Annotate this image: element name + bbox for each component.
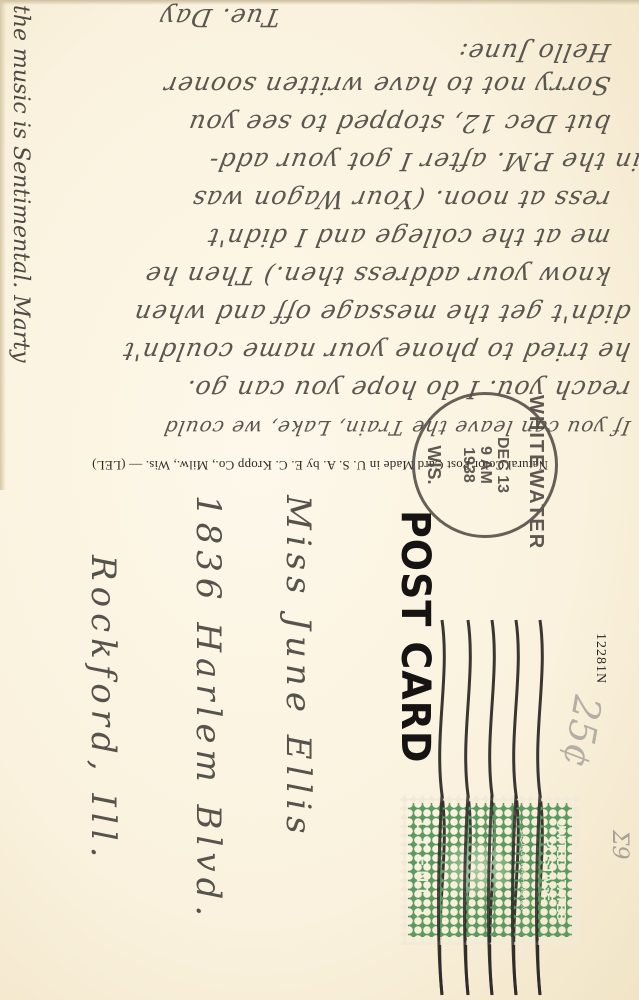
message-line: in the P.M. after I got your add- xyxy=(206,147,639,176)
postmark-month-day: DEC 13 xyxy=(494,395,511,535)
message-line: If you can leave the Train, Lake, we cou… xyxy=(161,416,632,440)
margin-note: the music is Sentimental. Marty xyxy=(5,5,33,480)
recipient-address: Miss June Ellis 1836 Harlem Blvd. Rockfo… xyxy=(38,495,318,955)
pencil-mark: Ʃ9 xyxy=(607,830,632,860)
postmark-year: 1938 xyxy=(460,395,477,535)
address-city: Rockford, Ill. xyxy=(83,555,123,863)
postmark-city: WHITEWATER xyxy=(524,395,547,535)
address-street: 1836 Harlem Blvd. xyxy=(188,495,228,922)
message-line: but Dec 12, stopped to see you xyxy=(185,109,612,138)
handwritten-message: Tue. Day Hello June: Sorry not to have w… xyxy=(30,0,630,450)
message-line: know your address then.) Then he xyxy=(142,261,612,290)
stamp-country: UNITED STATES POSTAGE xyxy=(542,803,568,937)
address-name: Miss June Ellis xyxy=(278,495,318,840)
stamp-portrait-name: GEORGE WASHINGTON xyxy=(518,803,526,937)
postmark-time: 9 AM xyxy=(477,395,494,535)
washington-portrait-icon xyxy=(440,843,510,899)
postmark-date: DEC 13 9 AM 1938 xyxy=(460,395,511,535)
message-line: ress at noon. (Your Wagon was xyxy=(189,185,612,214)
message-line: reach you. I do hope you can go. xyxy=(183,375,632,404)
message-line: Sorry not to have written sooner xyxy=(161,71,612,100)
message-line: didn't get the message off and when xyxy=(131,299,632,328)
postage-stamp: UNITED STATES POSTAGE GEORGE WASHINGTON … xyxy=(400,795,580,945)
message-line: Hello June: xyxy=(455,38,612,67)
message-line: he tried to phone your name couldn't xyxy=(120,337,633,366)
postcard-back: Tue. Day Hello June: Sorry not to have w… xyxy=(0,0,639,1000)
message-line: Tue. Day xyxy=(157,3,283,32)
stamp-denomination: 1 CENT 1 xyxy=(412,803,430,937)
message-line: me at the college and I didn't xyxy=(205,223,613,252)
